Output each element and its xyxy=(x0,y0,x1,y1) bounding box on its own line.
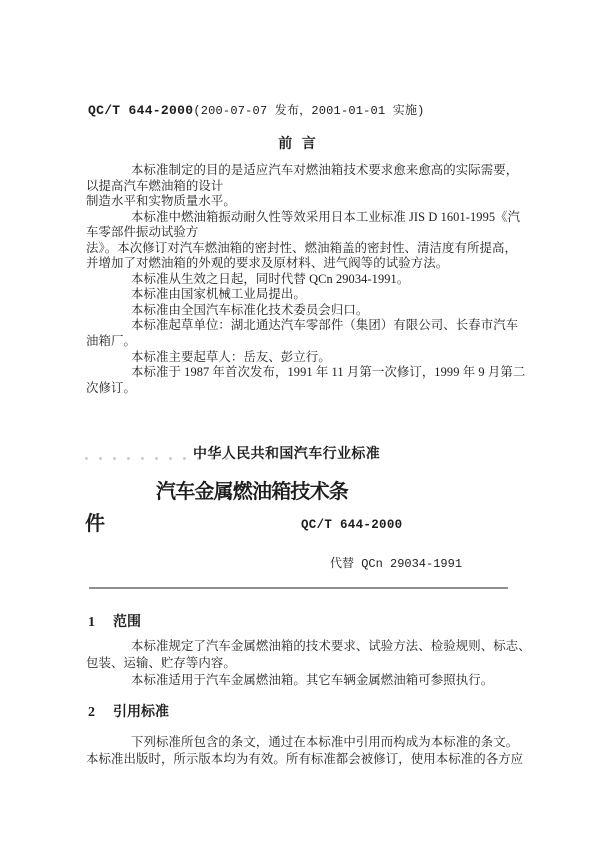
scanned-document-page: QC/T 644-2000(200-07-07 发布，2001-01-01 实施… xyxy=(0,0,600,849)
foreword-line: 本标准于 1987 年首次发布，1991 年 11 月第一次修订，1999 年 … xyxy=(86,365,516,381)
foreword-line: 本标准起草单位：湖北通达汽车零部件（集团）有限公司、长春市汽车 xyxy=(86,318,516,334)
foreword-title: 前 言 xyxy=(88,133,509,153)
foreword-line: 次修订。 xyxy=(86,381,516,397)
section-1-heading: 1范围 xyxy=(88,611,141,631)
replaces-note: 代替 QCn 29034-1991 xyxy=(330,554,462,571)
foreword-line: 本标准由全国汽车标准化技术委员会归口。 xyxy=(86,303,516,319)
section-2-number: 2 xyxy=(88,705,113,721)
foreword-line: 本标准从生效之日起，同时代替 QCn 29034-1991。 xyxy=(86,272,516,288)
section-2-heading: 2引用标准 xyxy=(88,701,169,721)
section-2-body: 下列标准所包含的条文，通过在本标准中引用而构成为本标准的条文。 本标准出版时，所… xyxy=(86,734,516,768)
foreword-line: 制造水平和实物质量水平。 xyxy=(86,194,516,210)
foreword-line: 车零部件振动试验方 xyxy=(86,225,516,241)
section-line: 包装、运输、贮存等内容。 xyxy=(86,655,516,672)
section-1-number: 1 xyxy=(88,615,113,631)
section-1-body: 本标准规定了汽车金属燃油箱的技术要求、试验方法、检验规则、标志、 包装、运输、贮… xyxy=(86,638,516,690)
section-line: 本标准规定了汽车金属燃油箱的技术要求、试验方法、检验规则、标志、 xyxy=(86,638,516,655)
foreword-line: 本标准制定的目的是适应汽车对燃油箱技术要求愈来愈高的实际需要， xyxy=(86,163,516,179)
foreword-line: 本标准主要起草人：岳友、彭立行。 xyxy=(86,350,516,366)
title-block-standard-code: QC/T 644-2000 xyxy=(301,518,402,532)
document-title-line2: 件 xyxy=(85,507,105,536)
foreword-line: 法》。本次修订对汽车燃油箱的密封性、燃油箱盖的密封性、清洁度有所提高， xyxy=(86,241,516,257)
section-1-title: 范围 xyxy=(113,615,141,630)
standard-type-label: 中华人民共和国汽车行业标准 xyxy=(193,443,380,463)
foreword-line: 本标准中燃油箱振动耐久性等效采用日本工业标准 JIS D 1601-1995《汽 xyxy=(86,210,516,226)
header-standard-code: QC/T 644-2000 xyxy=(88,103,193,118)
foreword-line: 油箱厂。 xyxy=(86,334,516,350)
section-line: 本标准出版时，所示版本均为有效。所有标准都会被修订，使用本标准的各方应 xyxy=(86,751,516,768)
foreword-line: 以提高汽车燃油箱的设计 xyxy=(86,179,516,195)
horizontal-rule xyxy=(89,587,508,589)
foreword-body: 本标准制定的目的是适应汽车对燃油箱技术要求愈来愈高的实际需要， 以提高汽车燃油箱… xyxy=(86,163,516,396)
header-dates: (200-07-07 发布，2001-01-01 实施) xyxy=(193,104,424,118)
section-line: 本标准适用于汽车金属燃油箱。其它车辆金属燃油箱可参照执行。 xyxy=(86,672,516,689)
section-line: 下列标准所包含的条文，通过在本标准中引用而构成为本标准的条文。 xyxy=(86,734,516,751)
document-header-line: QC/T 644-2000(200-07-07 发布，2001-01-01 实施… xyxy=(88,101,425,119)
section-2-title: 引用标准 xyxy=(113,705,169,720)
foreword-line: 本标准由国家机械工业局提出。 xyxy=(86,287,516,303)
foreword-line: 并增加了对燃油箱的外观的要求及原材料、进气阀等的试验方法。 xyxy=(86,256,516,272)
document-title-line1: 汽车金属燃油箱技术条 xyxy=(156,475,348,504)
